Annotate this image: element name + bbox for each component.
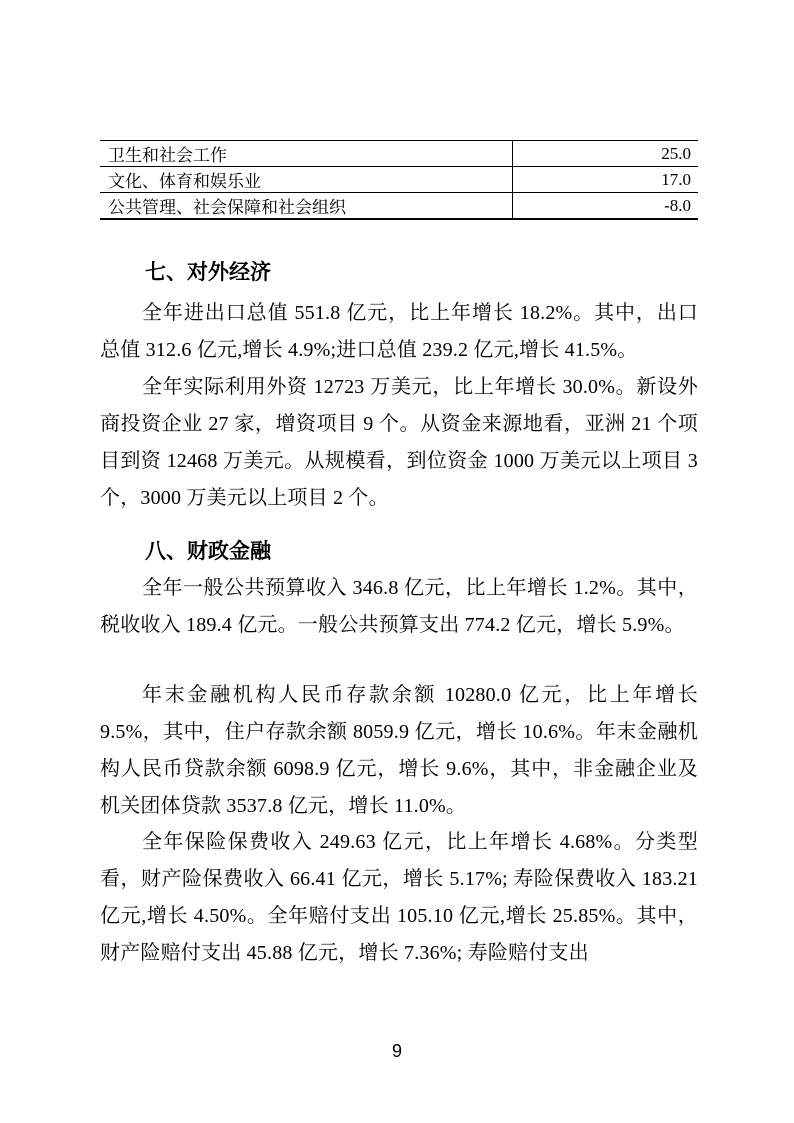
table-row: 公共管理、社会保障和社会组织 -8.0 <box>100 193 698 220</box>
section-heading-foreign-economy: 七、对外经济 <box>145 261 271 285</box>
paragraph-import-export: 全年进出口总值 551.8 亿元，比上年增长 18.2%。其中，出口总值 312… <box>100 295 698 369</box>
table-cell-value: 25.0 <box>513 141 699 167</box>
table-row: 卫生和社会工作 25.0 <box>100 141 698 167</box>
paragraph-public-budget: 全年一般公共预算收入 346.8 亿元，比上年增长 1.2%。其中，税收收入 1… <box>100 570 698 644</box>
table-cell-label: 公共管理、社会保障和社会组织 <box>100 193 513 220</box>
section-heading-finance: 八、财政金融 <box>145 540 271 564</box>
table-cell-label: 卫生和社会工作 <box>100 141 513 167</box>
document-page: 卫生和社会工作 25.0 文化、体育和娱乐业 17.0 公共管理、社会保障和社会… <box>0 0 794 1123</box>
table-cell-value: 17.0 <box>513 167 699 193</box>
page-number: 9 <box>0 1041 794 1062</box>
paragraph-insurance: 全年保险保费收入 249.63 亿元，比上年增长 4.68%。分类型看，财产险保… <box>100 824 698 972</box>
table-row: 文化、体育和娱乐业 17.0 <box>100 167 698 193</box>
table-cell-label: 文化、体育和娱乐业 <box>100 167 513 193</box>
paragraph-deposits-loans: 年末金融机构人民币存款余额 10280.0 亿元，比上年增长 9.5%，其中，住… <box>100 677 698 825</box>
table-cell-value: -8.0 <box>513 193 699 220</box>
paragraph-foreign-investment: 全年实际利用外资 12723 万美元，比上年增长 30.0%。新设外商投资企业 … <box>100 369 698 517</box>
industry-growth-table: 卫生和社会工作 25.0 文化、体育和娱乐业 17.0 公共管理、社会保障和社会… <box>100 140 698 220</box>
